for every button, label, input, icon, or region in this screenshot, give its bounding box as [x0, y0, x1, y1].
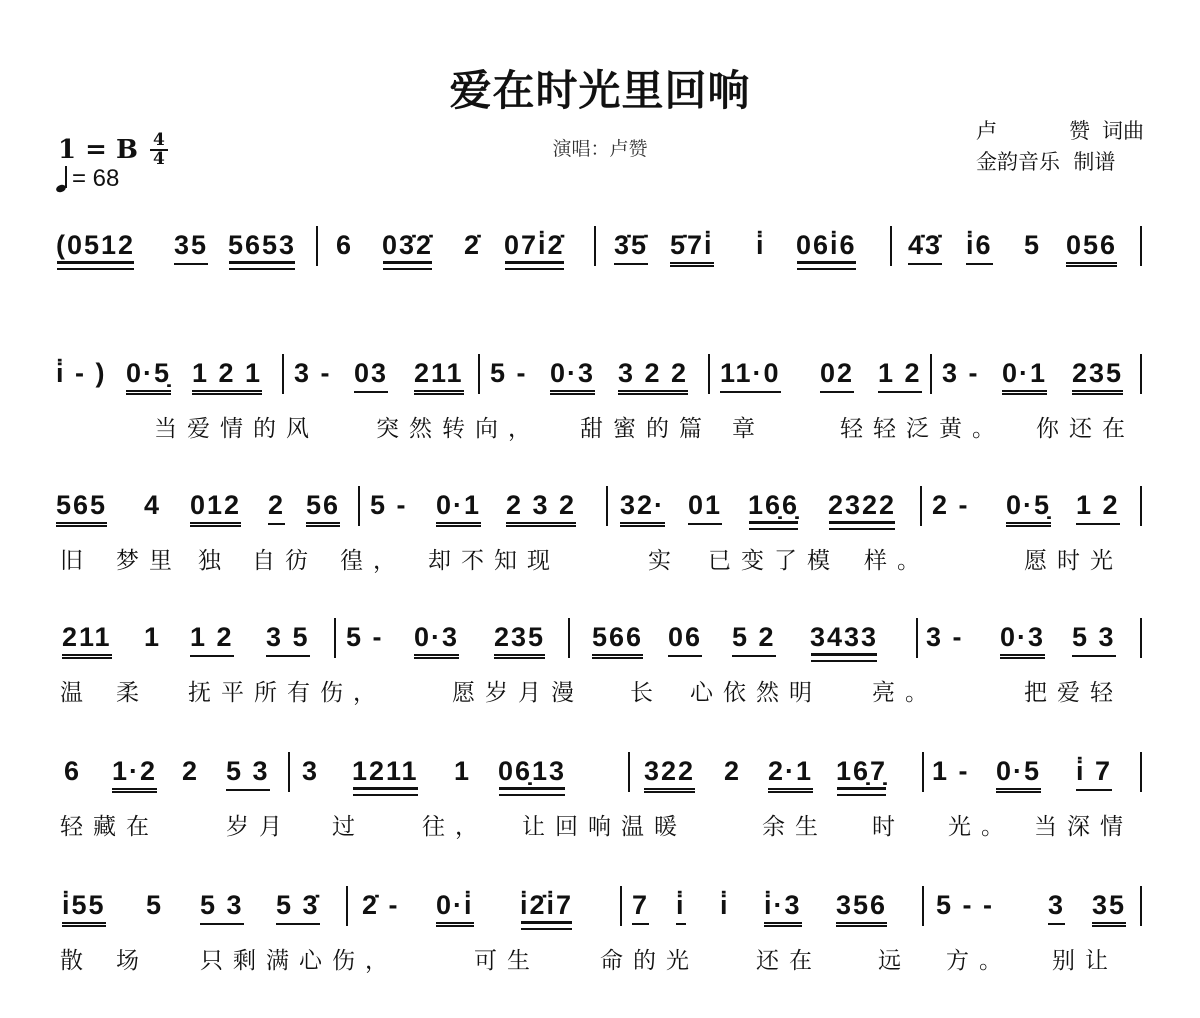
note-group: 2̇ -	[362, 890, 400, 921]
bar-line	[1140, 486, 1142, 526]
lyric-phrase: 远	[878, 942, 911, 975]
note-group: 7	[632, 890, 649, 925]
lyric-phrase: 独	[198, 542, 231, 575]
key-label: 1 = B	[58, 135, 138, 165]
lyric-phrase: 轻藏在	[60, 808, 159, 841]
note-group: 322	[644, 756, 695, 793]
lyric-phrase: 光。	[948, 808, 1014, 841]
note-group: i̇	[756, 230, 766, 261]
bar-line	[620, 886, 622, 926]
note-group: 4̇3̇	[908, 230, 942, 265]
note-group: 32·	[620, 490, 665, 527]
note-group: 5 -	[346, 622, 384, 653]
lyric-phrase: 样。	[864, 542, 930, 575]
time-sig-top: 4	[153, 133, 165, 148]
bar-line	[334, 618, 336, 658]
lyric-phrase: 轻轻泛黄。	[840, 410, 1005, 443]
note-group: 1	[144, 622, 161, 653]
lyric-phrase: 却不知现	[428, 542, 560, 575]
lyric-phrase: 只剩满心伤，	[200, 942, 398, 975]
tempo-marking: = 68	[56, 165, 119, 193]
arranger-credit: 金韵音乐 制谱	[976, 147, 1144, 178]
tempo-value: = 68	[72, 165, 119, 193]
notation-line: i̇ - )0·5̣1 2 13 -032115 -0·33 2 211·002…	[56, 358, 1146, 398]
notation-line: i̇5555 35 3̇2̇ -0·i̇i̇2̇i̇77i̇i̇i̇·33565…	[56, 890, 1146, 930]
note-group: 5653	[228, 230, 296, 261]
note-group: 16̣7̣	[836, 756, 887, 787]
note-group: 06	[668, 622, 702, 657]
lyric-phrase: 命的光	[600, 942, 699, 975]
lyric-phrase: 抚平所有伤，	[188, 674, 386, 707]
note-group: 3 -	[926, 622, 964, 653]
note-group: 0·1	[436, 490, 481, 527]
lyric-phrase: 时	[872, 808, 905, 841]
note-group: 5	[1024, 230, 1041, 261]
note-group: 356	[836, 890, 887, 927]
note-group: 211	[414, 358, 464, 395]
lyric-phrase: 当爱情的风	[154, 410, 319, 443]
lyric-phrase: 已变了模	[708, 542, 840, 575]
note-group: 2	[182, 756, 199, 787]
note-group: 056	[1066, 230, 1117, 267]
note-group: i̇	[720, 890, 730, 921]
lyricist-name-1: 卢	[976, 116, 997, 147]
lyric-phrase: 长	[630, 674, 663, 707]
time-sig-bottom: 4	[153, 152, 165, 167]
lyric-phrase: 你还在	[1036, 410, 1135, 443]
bar-line	[1140, 354, 1142, 394]
notation-line: 21111 23 55 -0·3235566065 234333 -0·35 3	[56, 622, 1146, 662]
lyric-phrase: 甜蜜的篇	[580, 410, 712, 443]
lyric-phrase: 愿时光	[1024, 542, 1123, 575]
note-group: 2	[724, 756, 741, 787]
note-group: 5 3	[200, 890, 244, 925]
bar-line	[1140, 618, 1142, 658]
note-group: 56	[306, 490, 340, 527]
lyric-phrase: 场	[116, 942, 149, 975]
note-group: 5 3	[1072, 622, 1116, 657]
note-group: 0·1	[1002, 358, 1047, 395]
note-group: i̇ - )	[56, 358, 107, 389]
bar-line	[1140, 886, 1142, 926]
lyric-phrase: 自彷	[252, 542, 318, 575]
page-title: 爱在时光里回响	[0, 58, 1200, 118]
note-group: 5̇7i̇	[670, 230, 714, 267]
time-signature: 4 4	[150, 133, 168, 167]
bar-line	[890, 226, 892, 266]
note-group: 2322	[828, 490, 896, 521]
note-group: 1 2	[878, 358, 922, 393]
lyric-phrase: 别让	[1052, 942, 1118, 975]
note-group: 02	[820, 358, 854, 393]
note-group: i̇	[676, 890, 686, 925]
lyric-phrase: 方。	[946, 942, 1012, 975]
note-group: 5 - -	[936, 890, 994, 921]
note-group: 2 -	[932, 490, 970, 521]
notation-line: 61·225 331211106̣1332222·116̣7̣1 -0·5i̇ …	[56, 756, 1146, 796]
bar-line	[282, 354, 284, 394]
note-group: (0512	[56, 230, 135, 261]
note-group: i̇55	[62, 890, 106, 927]
note-group: 0·3	[414, 622, 459, 659]
note-group: 235	[1072, 358, 1123, 395]
lyric-phrase: 岁月	[226, 808, 292, 841]
note-group: 11·0	[720, 358, 781, 393]
lyric-phrase: 亮。	[872, 674, 938, 707]
note-group: 1211	[352, 756, 419, 787]
note-group: 3 -	[294, 358, 332, 389]
note-group: 566	[592, 622, 643, 659]
note-group: 235	[494, 622, 545, 659]
note-group: 565	[56, 490, 107, 527]
note-group: 03	[354, 358, 388, 393]
lyric-phrase: 心依然明	[690, 674, 822, 707]
bar-line	[628, 752, 630, 792]
note-group: 3433	[810, 622, 878, 653]
note-group: 2·1	[768, 756, 813, 793]
note-group: 1 2	[1076, 490, 1120, 525]
credits: 卢 赞 词曲 金韵音乐 制谱	[976, 116, 1144, 178]
note-group: 2	[268, 490, 285, 525]
lyric-phrase: 过	[332, 808, 365, 841]
lyric-phrase: 章	[732, 410, 765, 443]
note-group: 1·2	[112, 756, 157, 793]
note-group: i̇2̇i̇7	[520, 890, 573, 921]
note-group: 1 -	[932, 756, 970, 787]
note-group: 3 5	[266, 622, 310, 657]
bar-line	[288, 752, 290, 792]
note-group: 2 3 2	[506, 490, 576, 527]
lyric-phrase: 突然转向，	[376, 410, 541, 443]
lyric-phrase: 温	[60, 674, 93, 707]
bar-line	[358, 486, 360, 526]
note-group: 6	[64, 756, 81, 787]
note-group: 35	[174, 230, 208, 265]
note-group: i̇ 7	[1076, 756, 1112, 791]
note-group: 1	[454, 756, 471, 787]
bar-line	[594, 226, 596, 266]
note-group: 012	[190, 490, 241, 527]
bar-line	[708, 354, 710, 394]
note-group: 35	[1092, 890, 1126, 927]
lyric-phrase: 可生	[474, 942, 540, 975]
note-group: i̇·3	[764, 890, 802, 927]
lyricist-name-2: 赞	[1069, 116, 1090, 147]
lyric-phrase: 柔	[116, 674, 149, 707]
bar-line	[922, 886, 924, 926]
notation-line: 56540122565 -0·12 3 232·0116̣6̣23222 -0·…	[56, 490, 1146, 530]
note-group: 5 -	[370, 490, 408, 521]
note-group: 5	[146, 890, 163, 921]
note-group: 3	[1048, 890, 1065, 925]
note-group: 06̣13	[498, 756, 566, 787]
note-group: 3 -	[942, 358, 980, 389]
note-group: 211	[62, 622, 112, 659]
note-group: 0·3	[550, 358, 595, 395]
lyric-phrase: 散	[60, 942, 93, 975]
note-group: 03̇2̇	[382, 230, 433, 261]
note-group: 5 3	[226, 756, 270, 791]
bar-line	[478, 354, 480, 394]
lyric-phrase: 余生	[762, 808, 828, 841]
lyric-phrase: 往，	[422, 808, 488, 841]
note-group: 5 2	[732, 622, 776, 657]
bar-line	[1140, 752, 1142, 792]
bar-line	[916, 618, 918, 658]
note-group: 0·5	[996, 756, 1041, 793]
bar-line	[930, 354, 932, 394]
lyric-phrase: 旧	[60, 542, 93, 575]
bar-line	[1140, 226, 1142, 266]
lyric-phrase: 还在	[756, 942, 822, 975]
note-group: 07i̇2̇	[504, 230, 565, 261]
bar-line	[316, 226, 318, 266]
key-signature: 1 = B 4 4	[58, 133, 168, 167]
note-group: 6	[336, 230, 353, 261]
note-group: i̇6	[966, 230, 993, 265]
quarter-note-icon	[56, 166, 68, 192]
lyric-phrase: 实	[648, 542, 681, 575]
note-group: 5 -	[490, 358, 528, 389]
lyric-phrase: 当深情	[1034, 808, 1133, 841]
lyric-phrase: 梦里	[116, 542, 182, 575]
note-group: 3 2 2	[618, 358, 688, 395]
note-group: 4	[144, 490, 161, 521]
bar-line	[920, 486, 922, 526]
note-group: 16̣6̣	[748, 490, 799, 521]
note-group: 0·3	[1000, 622, 1045, 659]
lyric-phrase: 把爱轻	[1024, 674, 1123, 707]
bar-line	[606, 486, 608, 526]
note-group: 0·5̣	[1006, 490, 1051, 527]
note-group: 2̇	[464, 230, 481, 261]
note-group: 3	[302, 756, 319, 787]
notation-line: (0512355653603̇2̇2̇07i̇2̇3̇5̇5̇7i̇i̇06i̇…	[56, 230, 1146, 270]
note-group: 5 3̇	[276, 890, 320, 925]
note-group: 06i̇6	[796, 230, 857, 261]
lyric-phrase: 徨，	[340, 542, 406, 575]
note-group: 0·i̇	[436, 890, 474, 927]
lyric-phrase: 愿岁月漫	[452, 674, 584, 707]
bar-line	[568, 618, 570, 658]
bar-line	[346, 886, 348, 926]
lyric-phrase: 让回响温暖	[522, 808, 687, 841]
lyrics-music-label: 词曲	[1102, 116, 1144, 147]
note-group: 1 2 1	[192, 358, 262, 395]
note-group: 3̇5̇	[614, 230, 648, 265]
note-group: 1 2	[190, 622, 234, 657]
note-group: 0·5̣	[126, 358, 171, 395]
bar-line	[922, 752, 924, 792]
note-group: 01	[688, 490, 722, 525]
